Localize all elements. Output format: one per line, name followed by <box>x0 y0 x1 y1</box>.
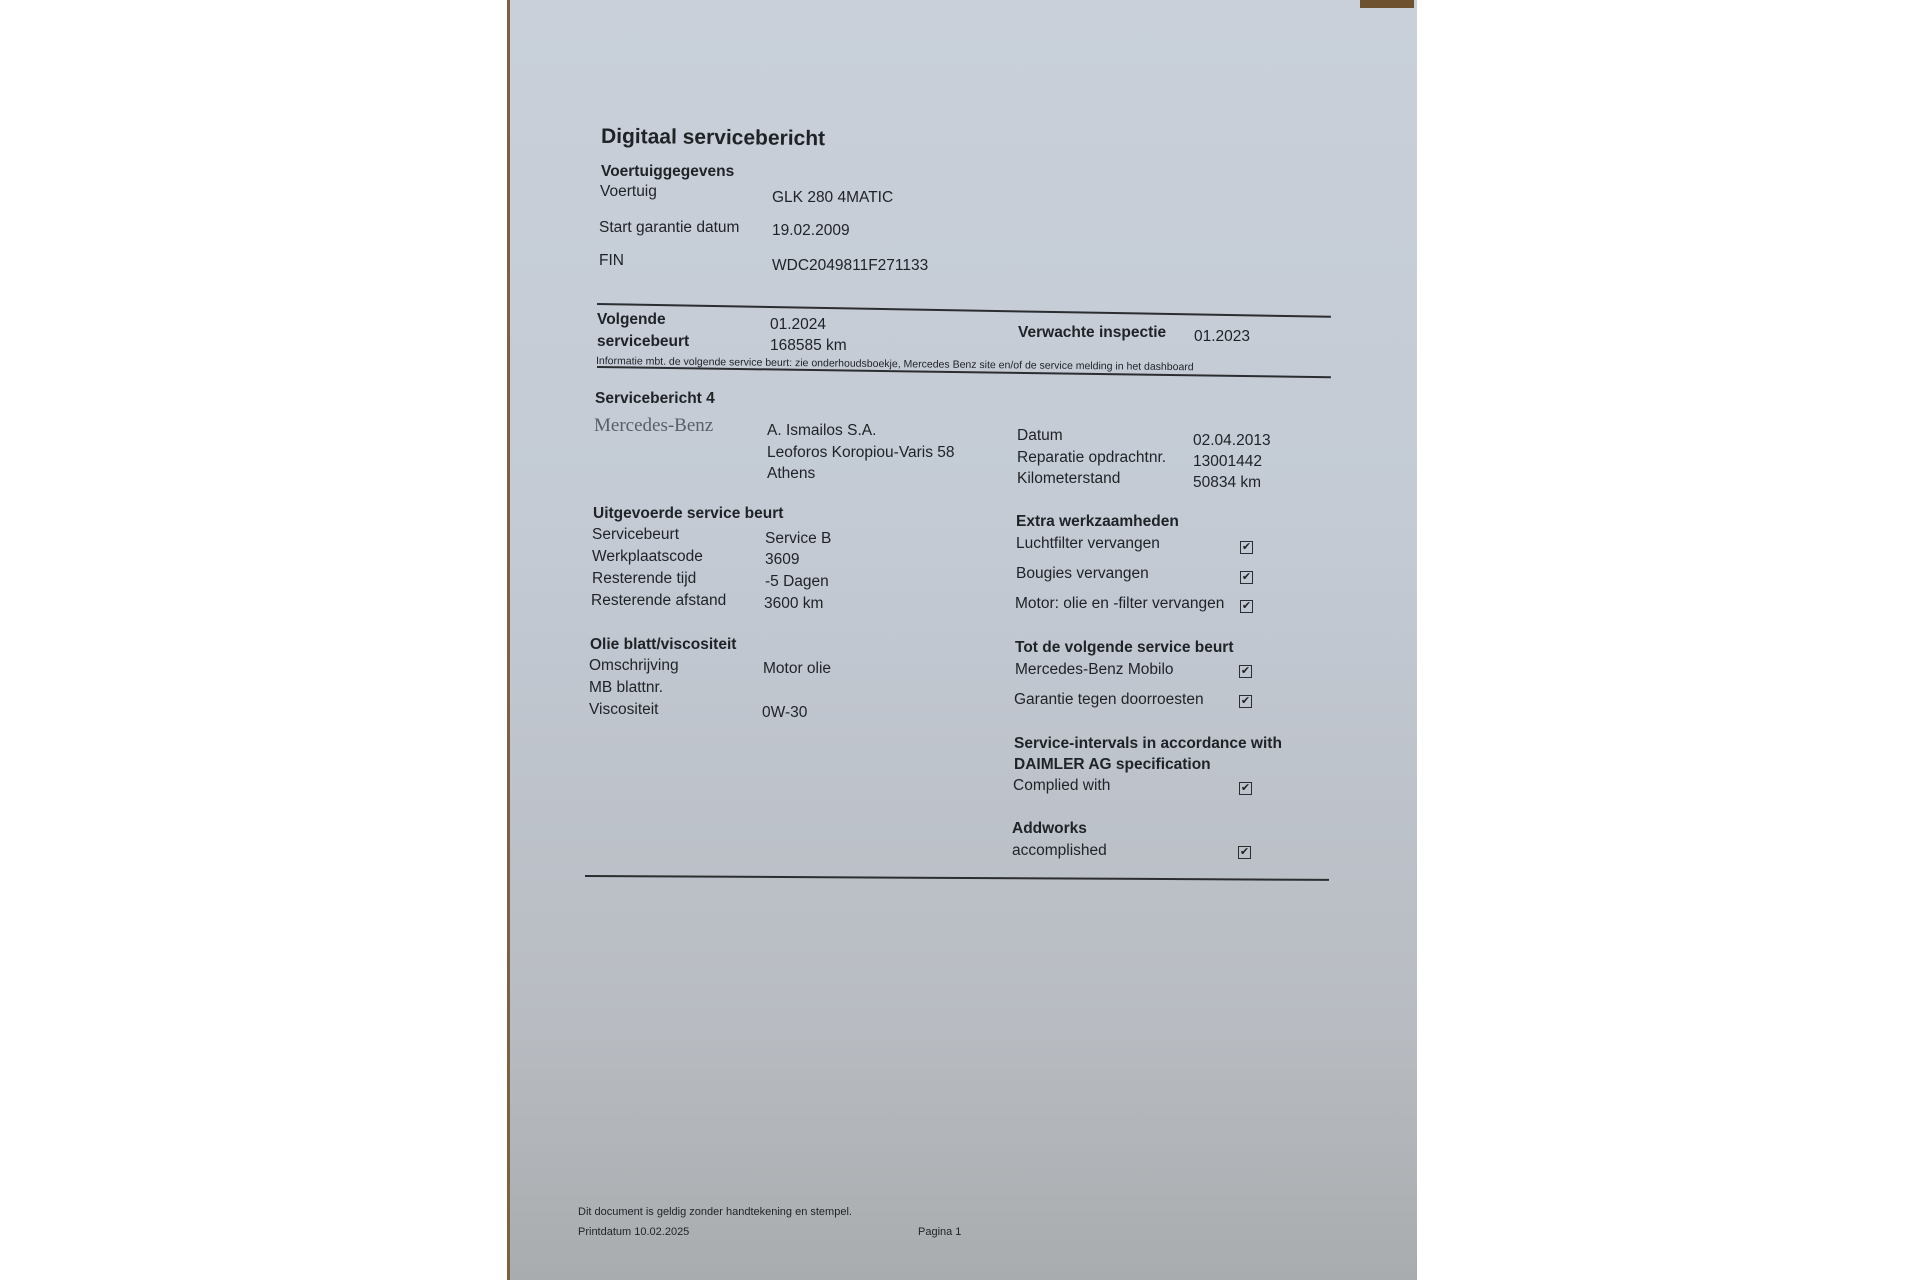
print-date: Printdatum 10.02.2025 <box>578 1226 689 1238</box>
report-heading: Servicebericht 4 <box>595 390 715 408</box>
remaining-time-label: Resterende tijd <box>592 570 696 588</box>
intervals-heading-1: Service-intervals in accordance with <box>1014 735 1282 753</box>
checkbox-rust-warranty[interactable]: ✔ <box>1239 695 1252 708</box>
oil-description-label: Omschrijving <box>589 657 679 675</box>
warranty-start-value: 19.02.2009 <box>772 222 850 240</box>
until-next-item-label: Garantie tegen doorroesten <box>1014 691 1204 709</box>
mileage-value: 50834 km <box>1193 474 1261 492</box>
fin-label: FIN <box>599 252 624 270</box>
document-title: Digitaal servicebericht <box>601 125 825 151</box>
mileage-label: Kilometerstand <box>1017 470 1120 488</box>
checkbox-mobilo[interactable]: ✔ <box>1239 665 1252 678</box>
background-edge <box>1360 0 1414 8</box>
intervals-heading-2: DAIMLER AG specification <box>1014 756 1211 774</box>
oil-description-value: Motor olie <box>763 660 831 678</box>
dealer-city: Athens <box>767 465 815 483</box>
next-service-label-1: Volgende <box>597 311 666 329</box>
viscosity-label: Viscositeit <box>589 701 659 719</box>
validity-note: Dit document is geldig zonder handtekeni… <box>578 1206 852 1218</box>
vehicle-section-heading: Voertuiggegevens <box>601 163 734 181</box>
next-service-distance: 168585 km <box>770 337 847 355</box>
extra-work-heading: Extra werkzaamheden <box>1016 513 1179 531</box>
vehicle-label: Voertuig <box>600 183 657 201</box>
extra-work-item-label: Luchtfilter vervangen <box>1016 535 1160 553</box>
viscosity-value: 0W-30 <box>762 704 807 722</box>
date-value: 02.04.2013 <box>1193 432 1271 450</box>
workshop-code-label: Werkplaatscode <box>592 548 703 566</box>
dealer-street: Leoforos Koropiou-Varis 58 <box>767 444 955 462</box>
order-number-value: 13001442 <box>1193 453 1262 471</box>
next-service-label-2: servicebeurt <box>597 333 689 351</box>
until-next-heading: Tot de volgende service beurt <box>1015 639 1234 657</box>
inspection-value: 01.2023 <box>1194 328 1250 346</box>
service-type-label: Servicebeurt <box>592 526 679 544</box>
remaining-distance-value: 3600 km <box>764 595 823 613</box>
remaining-time-value: -5 Dagen <box>765 573 829 591</box>
checkbox-accomplished[interactable]: ✔ <box>1238 846 1251 859</box>
checkbox-air-filter[interactable]: ✔ <box>1240 541 1253 554</box>
mb-sheet-number-label: MB blattnr. <box>589 679 663 697</box>
page-number: Pagina 1 <box>918 1226 961 1238</box>
checkbox-spark-plugs[interactable]: ✔ <box>1240 571 1253 584</box>
service-performed-heading: Uitgevoerde service beurt <box>593 505 783 523</box>
inspection-label: Verwachte inspectie <box>1018 324 1166 342</box>
until-next-item-label: Mercedes-Benz Mobilo <box>1015 661 1174 679</box>
extra-work-item-label: Motor: olie en -filter vervangen <box>1015 595 1224 613</box>
order-number-label: Reparatie opdrachtnr. <box>1017 449 1166 467</box>
oil-heading: Olie blatt/viscositeit <box>590 636 736 654</box>
workshop-code-value: 3609 <box>765 551 799 569</box>
dealer-name: A. Ismailos S.A. <box>767 422 876 440</box>
addworks-heading: Addworks <box>1012 820 1087 838</box>
fin-value: WDC2049811F271133 <box>772 257 928 275</box>
service-type-value: Service B <box>765 530 831 548</box>
intervals-item-label: Complied with <box>1013 777 1110 795</box>
addworks-item-label: accomplished <box>1012 842 1107 860</box>
extra-work-item-label: Bougies vervangen <box>1016 565 1149 583</box>
checkbox-oil-filter[interactable]: ✔ <box>1240 600 1253 613</box>
warranty-start-label: Start garantie datum <box>599 219 739 237</box>
checkbox-complied[interactable]: ✔ <box>1239 782 1252 795</box>
remaining-distance-label: Resterende afstand <box>591 592 726 610</box>
next-service-date: 01.2024 <box>770 316 826 334</box>
date-label: Datum <box>1017 427 1063 445</box>
brand-logo-text: Mercedes-Benz <box>594 415 713 437</box>
vehicle-value: GLK 280 4MATIC <box>772 189 893 207</box>
